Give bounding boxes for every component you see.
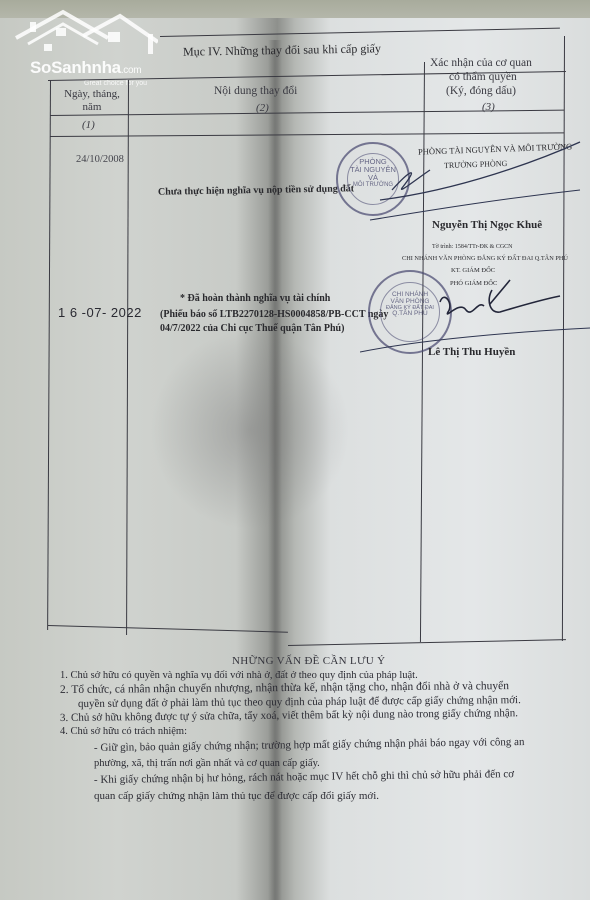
header-authority-line-1: Xác nhận của cơ quan: [430, 58, 532, 70]
signature-1: [340, 130, 590, 230]
watermark-brand: SoSanhnha.com: [30, 58, 141, 78]
header-content: Nội dung thay đổi: [214, 86, 297, 98]
row1-signer: Nguyễn Thị Ngọc Khuê: [432, 220, 542, 231]
notes-title: NHỮNG VẤN ĐỀ CẦN LƯU Ý: [232, 656, 385, 667]
row2-delegation: Tờ trình: 1584/TTr-ĐK & CGCN: [432, 244, 513, 250]
header-number-1: (1): [82, 120, 95, 131]
header-authority-line-2: có thẩm quyền: [449, 72, 517, 84]
paper-shadow: [150, 330, 350, 530]
row2-content-line-3: 04/7/2022 của Chi cục Thuế quận Tân Phú): [160, 324, 344, 334]
header-number-2: (2): [256, 103, 269, 114]
row2-office: CHI NHÁNH VĂN PHÒNG ĐĂNG KÝ ĐẤT ĐAI Q.TÂ…: [402, 256, 568, 262]
row2-signer: Lê Thị Thu Huyền: [428, 347, 515, 358]
section-title: Mục IV. Những thay đổi sau khi cấp giấy: [183, 42, 381, 57]
note-item-1: 1. Chủ sở hữu có quyền và nghĩa vụ đối v…: [60, 670, 418, 681]
header-number-3: (3): [482, 102, 495, 113]
note-item-4: 4. Chủ sở hữu có trách nhiệm:: [60, 726, 187, 737]
row2-date: 1 6 -07- 2022: [58, 306, 142, 319]
header-authority-line-3: (Ký, đóng dấu): [446, 86, 516, 98]
house-roof-icon: [8, 6, 158, 56]
row2-content-line-2: (Phiếu báo số LTB2270128-HS0004858/PB-CC…: [160, 310, 388, 320]
watermark-tagline: Great choice for you: [84, 80, 147, 87]
row2-content-line-1: * Đã hoàn thành nghĩa vụ tài chính: [180, 294, 330, 304]
watermark-logo: SoSanhnha.com Great choice for you: [8, 6, 158, 86]
note-item-4b-cont: quan cấp giấy chứng nhận làm thủ tục để …: [94, 790, 379, 802]
row1-date: 24/10/2008: [76, 155, 124, 166]
note-item-4a-cont: phường, xã, thị trấn nơi gần nhất và cơ …: [94, 758, 320, 769]
header-date: Ngày, tháng, năm: [57, 88, 127, 113]
